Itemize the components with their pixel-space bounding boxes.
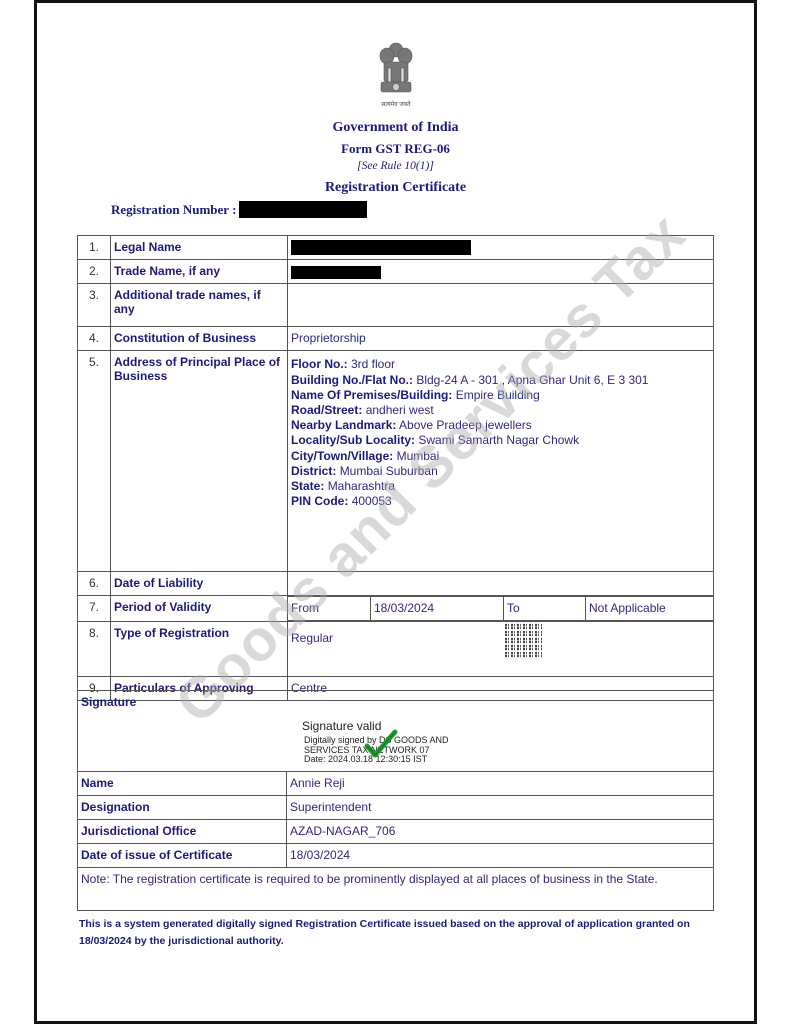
date-of-liability-label: Date of Liability	[111, 572, 288, 596]
table-row: 1. Legal Name	[78, 236, 714, 260]
table-row: Designation Superintendent	[78, 796, 714, 820]
address-line: State: Maharashtra	[291, 479, 710, 494]
address-line: PIN Code: 400053	[291, 494, 710, 509]
digital-signature-block: Signature valid Digitally signed by DS G…	[302, 719, 449, 765]
officer-name-value: Annie Reji	[287, 772, 714, 796]
constitution-value: Proprietorship	[288, 327, 714, 351]
additional-trade-names-value	[288, 284, 714, 327]
government-heading: Government of India	[0, 120, 791, 136]
officer-name-label: Name	[78, 772, 287, 796]
signature-row: Signature Signature valid Digitally sign…	[78, 691, 714, 772]
date-of-liability-value	[288, 572, 714, 596]
redacted-legal-name	[291, 240, 471, 255]
svg-text:सत्यमेव जयते: सत्यमेव जयते	[381, 100, 411, 108]
jurisdictional-office-value: AZAD-NAGAR_706	[287, 820, 714, 844]
validity-from-label: From	[288, 597, 371, 621]
table-row: 7. Period of Validity From 18/03/2024 To…	[78, 596, 714, 622]
national-emblem-icon: सत्यमेव जयते	[374, 40, 418, 112]
validity-to-date: Not Applicable	[586, 597, 714, 621]
table-row: 5. Address of Principal Place of Busines…	[78, 351, 714, 572]
display-note: Note: The registration certificate is re…	[78, 868, 714, 911]
address-line: Building No./Flat No.: Bldg-24 A - 301 ,…	[291, 373, 710, 388]
table-row: 3. Additional trade names, if any	[78, 284, 714, 327]
redacted-registration-number	[239, 201, 367, 218]
signature-table: Signature Signature valid Digitally sign…	[77, 690, 714, 911]
registration-number-label: Registration Number :	[111, 202, 236, 217]
address-line: Name Of Premises/Building: Empire Buildi…	[291, 388, 710, 403]
address-line: Nearby Landmark: Above Pradeep jewellers	[291, 418, 710, 433]
validity-to-label: To	[504, 597, 586, 621]
address-line: Road/Street: andheri west	[291, 403, 710, 418]
designation-value: Superintendent	[287, 796, 714, 820]
registration-number: Registration Number :	[111, 202, 367, 220]
system-generated-footer: This is a system generated digitally sig…	[79, 916, 719, 950]
address-line: Floor No.: 3rd floor	[291, 357, 710, 372]
jurisdictional-office-label: Jurisdictional Office	[78, 820, 287, 844]
period-of-validity-label: Period of Validity	[111, 596, 288, 622]
legal-name-value	[288, 236, 714, 260]
validity-from-date: 18/03/2024	[371, 597, 504, 621]
certificate-details-table: 1. Legal Name 2. Trade Name, if any 3. A…	[77, 235, 714, 701]
date-of-issue-value: 18/03/2024	[287, 844, 714, 868]
checkmark-icon	[364, 729, 398, 759]
note-row: Note: The registration certificate is re…	[78, 868, 714, 911]
certificate-title: Registration Certificate	[0, 180, 791, 196]
trade-name-value	[288, 260, 714, 284]
signature-label: Signature	[81, 695, 710, 709]
table-row: Date of issue of Certificate 18/03/2024	[78, 844, 714, 868]
designation-label: Designation	[78, 796, 287, 820]
qr-code	[505, 622, 542, 659]
form-name: Form GST REG-06	[0, 141, 791, 157]
address-line: District: Mumbai Suburban	[291, 464, 710, 479]
trade-name-label: Trade Name, if any	[111, 260, 288, 284]
table-row: Name Annie Reji	[78, 772, 714, 796]
address-line: City/Town/Village: Mumbai	[291, 449, 710, 464]
table-row: 4. Constitution of Business Proprietorsh…	[78, 327, 714, 351]
redacted-trade-name	[291, 266, 381, 279]
rule-reference: [See Rule 10(1)]	[0, 160, 791, 172]
address-label: Address of Principal Place of Business	[111, 351, 288, 572]
table-row: 8. Type of Registration Regular	[78, 622, 714, 677]
legal-name-label: Legal Name	[111, 236, 288, 260]
table-row: Jurisdictional Office AZAD-NAGAR_706	[78, 820, 714, 844]
table-row: 6. Date of Liability	[78, 572, 714, 596]
table-row: 2. Trade Name, if any	[78, 260, 714, 284]
address-value: Floor No.: 3rd floor Building No./Flat N…	[288, 351, 714, 572]
address-line: Locality/Sub Locality: Swami Samarth Nag…	[291, 433, 710, 448]
type-of-registration-value: Regular	[288, 622, 714, 677]
constitution-label: Constitution of Business	[111, 327, 288, 351]
period-of-validity-value: From 18/03/2024 To Not Applicable	[288, 596, 714, 622]
date-of-issue-label: Date of issue of Certificate	[78, 844, 287, 868]
additional-trade-names-label: Additional trade names, if any	[111, 284, 288, 327]
type-of-registration-label: Type of Registration	[111, 622, 288, 677]
